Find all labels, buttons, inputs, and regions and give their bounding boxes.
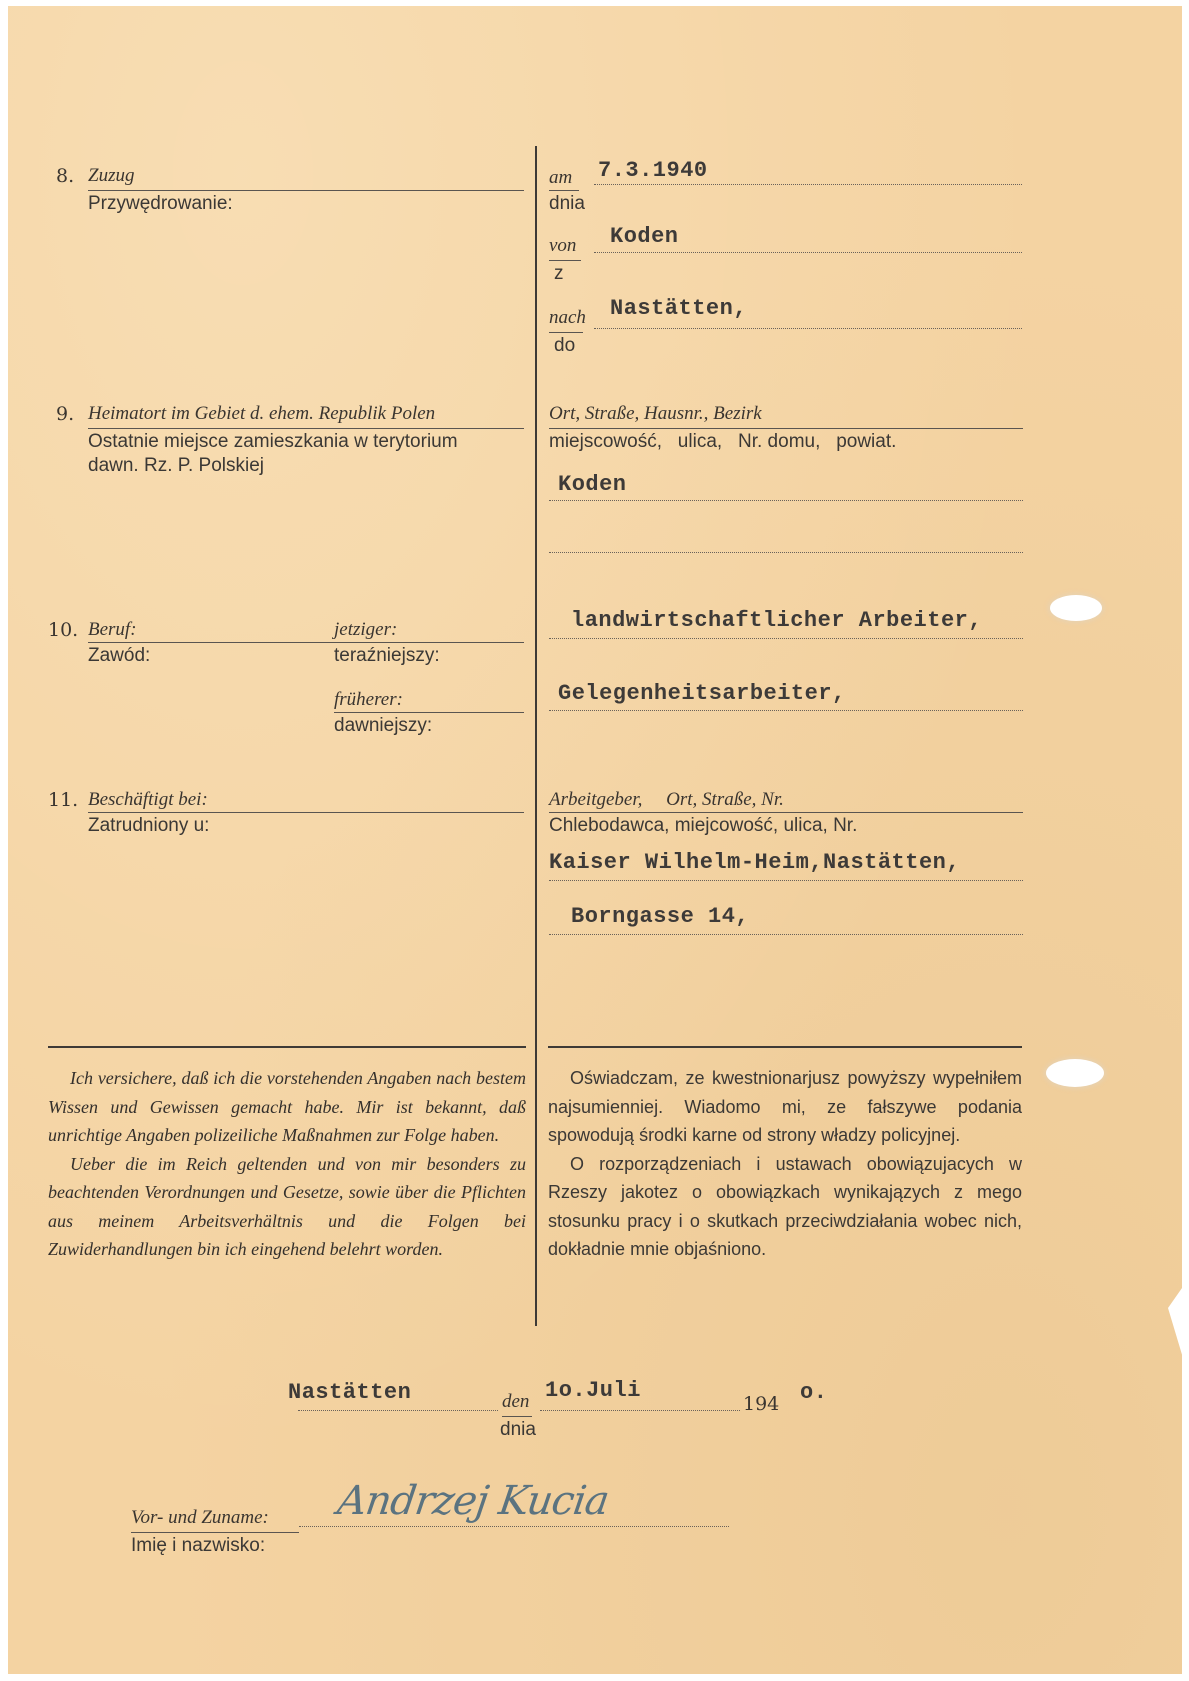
employer-line — [549, 880, 1023, 881]
from-value: Koden — [610, 224, 679, 250]
from-line — [594, 252, 1022, 253]
section9-number: 9. — [56, 402, 74, 426]
section9-label-pl-2: dawn. Rz. P. Polskiej — [88, 454, 264, 478]
address-label-pl: miejscowość, ulica, Nr. domu, powiat. — [549, 430, 896, 454]
name-label-pl: Imię i nazwisko: — [131, 1534, 265, 1558]
declaration-polish: Oświadczam, ze kwestnionarjusz powyższy … — [548, 1064, 1022, 1264]
home-address-line-1 — [549, 500, 1023, 501]
date-label-de: am — [549, 166, 572, 190]
declaration-divider-left — [48, 1046, 526, 1048]
signing-date-label-pl: dnia — [500, 1418, 536, 1442]
signing-date-label-rule — [502, 1416, 532, 1417]
declaration-german-p1: Ich versichere, daß ich die vorstehenden… — [48, 1064, 526, 1150]
name-label-de: Vor- und Zuname: — [131, 1506, 269, 1530]
section11-label-pl: Zatrudniony u: — [88, 814, 209, 838]
section8-number: 8. — [56, 164, 74, 188]
name-label-rule — [131, 1532, 299, 1533]
column-divider — [535, 146, 537, 1326]
form-page: 8. Zuzug Przywędrowanie: am dnia 7.3.194… — [8, 6, 1182, 1674]
declaration-polish-p2: O rozporządzeniach i ustawach obowiązuja… — [548, 1150, 1022, 1264]
declaration-german: Ich versichere, daß ich die vorstehenden… — [48, 1064, 526, 1264]
employer-label-de: Arbeitgeber, Ort, Straße, Nr. — [549, 788, 784, 812]
current-occupation-value: landwirtschaftlicher Arbeiter, — [571, 608, 982, 634]
signing-date-label-de: den — [502, 1390, 529, 1414]
section11-label-de: Beschäftigt bei: — [88, 788, 208, 812]
home-address-line-2 — [549, 552, 1023, 553]
paper-hole-1 — [1050, 595, 1102, 621]
current-occupation-label-de: jetziger: — [334, 618, 397, 642]
employer-street-line — [549, 934, 1023, 935]
declaration-polish-p1: Oświadczam, ze kwestnionarjusz powyższy … — [548, 1064, 1022, 1150]
year-prefix: 194 — [743, 1392, 779, 1416]
section8-rule — [88, 190, 524, 191]
to-label-de: nach — [549, 306, 586, 330]
paper-hole-2 — [1046, 1059, 1104, 1087]
section9-rule — [88, 428, 524, 429]
date-label-rule — [549, 190, 579, 191]
section8-label-pl: Przywędrowanie: — [88, 192, 233, 216]
to-label-pl: do — [554, 334, 575, 358]
handwritten-signature: Andrzej Kucia — [335, 1478, 612, 1524]
section11-number: 11. — [48, 788, 78, 812]
employer-label-pl: Chlebodawca, miejcowość, ulica, Nr. — [549, 814, 857, 838]
employer-label-rule — [549, 812, 1023, 813]
signing-place-line — [298, 1410, 498, 1411]
current-occupation-line — [549, 638, 1023, 639]
former-occupation-value: Gelegenheitsarbeiter, — [558, 681, 846, 707]
from-label-pl: z — [554, 262, 564, 286]
section11-rule — [88, 812, 524, 813]
home-address-value: Koden — [558, 472, 627, 498]
address-label-rule — [549, 428, 1023, 429]
employer-value: Kaiser Wilhelm-Heim,Nastätten, — [549, 850, 960, 876]
from-label-de: von — [549, 234, 576, 258]
former-occupation-rule — [334, 712, 524, 713]
signing-date-value: 1o.Juli — [545, 1378, 641, 1404]
arrival-date-value: 7.3.1940 — [598, 158, 708, 184]
former-occupation-label-pl: dawniejszy: — [334, 714, 432, 738]
section9-label-pl-1: Ostatnie miejsce zamieszkania w terytori… — [88, 430, 458, 454]
section10-number: 10. — [48, 618, 78, 642]
declaration-divider-right — [548, 1046, 1022, 1048]
signing-place-value: Nastätten — [288, 1380, 411, 1406]
section9-label-de: Heimatort im Gebiet d. ehem. Republik Po… — [88, 402, 435, 426]
date-label-pl: dnia — [549, 192, 585, 216]
section10-label-de: Beruf: — [88, 618, 137, 642]
section10-rule — [88, 642, 524, 643]
section8-label-de: Zuzug — [88, 164, 134, 188]
address-label-de: Ort, Straße, Hausnr., Bezirk — [549, 402, 762, 426]
to-label-rule — [549, 332, 583, 333]
year-suffix: o. — [800, 1380, 827, 1406]
signature-line — [299, 1526, 729, 1527]
former-occupation-label-de: früherer: — [334, 688, 403, 712]
from-label-rule — [549, 260, 581, 261]
former-occupation-line — [549, 710, 1023, 711]
employer-street-value: Borngasse 14, — [571, 904, 749, 930]
to-line — [594, 328, 1022, 329]
current-occupation-label-pl: teraźniejszy: — [334, 644, 440, 668]
to-value: Nastätten, — [610, 296, 747, 322]
declaration-german-p2: Ueber die im Reich geltenden und von mir… — [48, 1150, 526, 1264]
arrival-date-line — [594, 184, 1022, 185]
section10-label-pl: Zawód: — [88, 644, 150, 668]
signing-date-line — [540, 1410, 740, 1411]
